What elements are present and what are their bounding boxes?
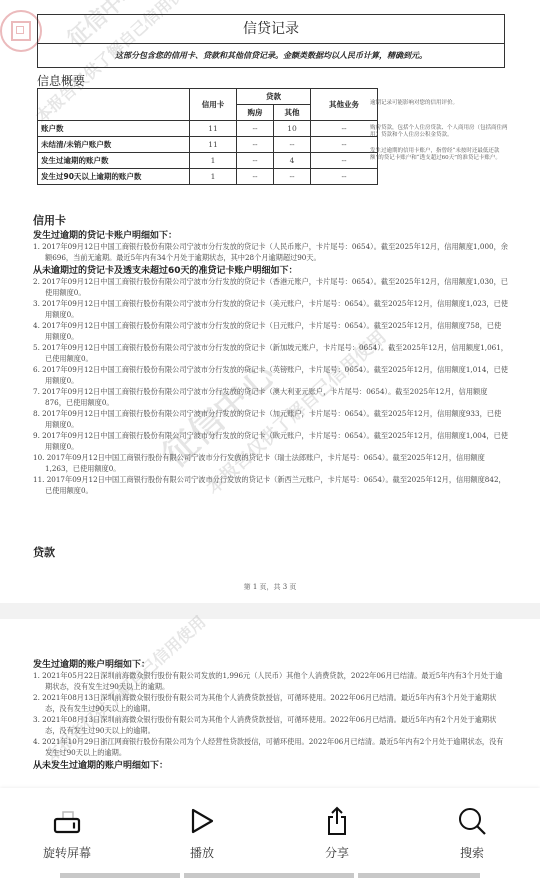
overdue-loan-list: 1. 2021年05月22日深圳前海微众银行股份有限公司发放的1,996元（人民… bbox=[33, 670, 508, 758]
overview-notes: 逾期记录可能影响对您的信用评价。 购房贷款，包括个人住房贷款、个人商用房（包括商… bbox=[370, 100, 510, 171]
list-item: 6. 2017年09月12日中国工商银行股份有限公司宁波市分行发放的贷记卡（英镑… bbox=[33, 364, 508, 386]
table-row: 发生过90天以上逾期的账户数 1 -- -- -- bbox=[38, 169, 378, 185]
page-indicator: 第 1 页，共 3 页 bbox=[0, 582, 540, 592]
list-item: 3. 2017年09月12日中国工商银行股份有限公司宁波市分行发放的贷记卡（美元… bbox=[33, 298, 508, 320]
scroll-indicator-segment bbox=[60, 873, 180, 878]
overdue-loans-heading: 发生过逾期的账户明细如下： bbox=[33, 657, 508, 670]
section-title: 信贷记录 bbox=[38, 15, 504, 44]
scroll-indicator-segment bbox=[358, 873, 480, 878]
rotate-screen-icon bbox=[52, 806, 82, 836]
rotate-screen-label: 旋转屏幕 bbox=[17, 844, 117, 861]
share-button[interactable]: 分享 bbox=[287, 788, 387, 868]
table-row: 未结清/未销户账户数 11 -- -- -- bbox=[38, 137, 378, 153]
play-label: 播放 bbox=[152, 844, 252, 861]
list-item: 2. 2021年08月13日深圳前海微众银行股份有限公司为其他个人消费贷款授信，… bbox=[33, 692, 508, 714]
search-icon bbox=[457, 806, 487, 836]
header-loan-house: 购房 bbox=[237, 105, 274, 121]
list-item: 10. 2017年09月12日中国工商银行股份有限公司宁波市分行发放的贷记卡（瑞… bbox=[33, 452, 508, 474]
list-item: 7. 2017年09月12日中国工商银行股份有限公司宁波市分行发放的贷记卡（澳大… bbox=[33, 386, 508, 408]
overview-heading: 信息概要 bbox=[37, 72, 85, 89]
list-item: 8. 2017年09月12日中国工商银行股份有限公司宁波市分行发放的贷记卡（加元… bbox=[33, 408, 508, 430]
list-item: 4. 2017年09月12日中国工商银行股份有限公司宁波市分行发放的贷记卡（日元… bbox=[33, 320, 508, 342]
rotate-screen-button[interactable]: 旋转屏幕 bbox=[17, 788, 117, 868]
note-overdue-card: 发生过逾期的信用卡账户，指曾经“未按时还最低还款额”的贷记卡账户和“透支超过60… bbox=[370, 148, 510, 162]
header-credit-card: 信用卡 bbox=[190, 89, 237, 121]
search-label: 搜索 bbox=[422, 844, 522, 861]
scroll-indicator-segment bbox=[184, 873, 354, 878]
search-button[interactable]: 搜索 bbox=[422, 788, 522, 868]
note-house-loan: 购房贷款，包括个人住房贷款、个人商用房（包括商住两用）贷款和个人住房公积金贷款。 bbox=[370, 125, 510, 139]
list-item: 4. 2021年10月29日浙江网商银行股份有限公司为个人经营性贷款授信，可循环… bbox=[33, 736, 508, 758]
report-page-1: 本报告仅供了解自己信用使用 征信中心 征信中心 本报告仅供了解自己信用使用 信贷… bbox=[0, 0, 540, 603]
normal-loans-heading: 从未发生过逾期的账户明细如下： bbox=[33, 758, 508, 771]
page-separator bbox=[0, 603, 540, 619]
list-item: 1. 2021年05月22日深圳前海微众银行股份有限公司发放的1,996元（人民… bbox=[33, 670, 508, 692]
header-other-business: 其他业务 bbox=[311, 89, 378, 121]
header-loan-other: 其他 bbox=[274, 105, 311, 121]
header-loan: 贷款 bbox=[237, 89, 311, 105]
list-item: 1. 2017年09月12日中国工商银行股份有限公司宁波市分行发放的贷记卡（人民… bbox=[33, 241, 508, 263]
share-icon bbox=[322, 806, 352, 836]
list-item: 11. 2017年09月12日中国工商银行股份有限公司宁波市分行发放的贷记卡（新… bbox=[33, 474, 508, 496]
list-item: 2. 2017年09月12日中国工商银行股份有限公司宁波市分行发放的贷记卡（香港… bbox=[33, 276, 508, 298]
play-icon bbox=[187, 806, 217, 836]
credit-card-section: 信用卡 发生过逾期的贷记卡账户明细如下： 1. 2017年09月12日中国工商银… bbox=[33, 212, 508, 496]
credit-center-seal-icon bbox=[0, 10, 42, 52]
blank-header-cell bbox=[38, 89, 190, 121]
list-item: 9. 2017年09月12日中国工商银行股份有限公司宁波市分行发放的贷记卡（欧元… bbox=[33, 430, 508, 452]
loan-section: 发生过逾期的账户明细如下： 1. 2021年05月22日深圳前海微众银行股份有限… bbox=[33, 657, 508, 771]
overview-table: 信用卡 贷款 其他业务 购房 其他 账户数 11 -- 10 -- 未结清/未销… bbox=[37, 88, 378, 185]
list-item: 3. 2021年08月13日深圳前海微众银行股份有限公司为其他个人消费贷款授信，… bbox=[33, 714, 508, 736]
share-label: 分享 bbox=[287, 844, 387, 861]
loan-heading: 贷款 bbox=[33, 544, 55, 560]
section-subtitle: 这部分包含您的信用卡、贷款和其他信贷记录。金额类数据均以人民币计算，精确到元。 bbox=[38, 44, 504, 67]
play-button[interactable]: 播放 bbox=[152, 788, 252, 868]
overdue-cards-heading: 发生过逾期的贷记卡账户明细如下： bbox=[33, 228, 508, 241]
section-title-box: 信贷记录 这部分包含您的信用卡、贷款和其他信贷记录。金额类数据均以人民币计算，精… bbox=[37, 14, 505, 68]
table-row: 账户数 11 -- 10 -- bbox=[38, 121, 378, 137]
list-item: 5. 2017年09月12日中国工商银行股份有限公司宁波市分行发放的贷记卡（新加… bbox=[33, 342, 508, 364]
bottom-toolbar: 旋转屏幕 播放 分享 搜索 bbox=[0, 788, 540, 878]
normal-card-list: 2. 2017年09月12日中国工商银行股份有限公司宁波市分行发放的贷记卡（香港… bbox=[33, 276, 508, 496]
note-overdue: 逾期记录可能影响对您的信用评价。 bbox=[370, 100, 510, 107]
credit-card-heading: 信用卡 bbox=[33, 212, 508, 228]
overdue-card-list: 1. 2017年09月12日中国工商银行股份有限公司宁波市分行发放的贷记卡（人民… bbox=[33, 241, 508, 263]
table-row: 发生过逾期的账户数 1 -- 4 -- bbox=[38, 153, 378, 169]
normal-cards-heading: 从未逾期过的贷记卡及透支未超过60天的准贷记卡账户明细如下： bbox=[33, 263, 508, 276]
